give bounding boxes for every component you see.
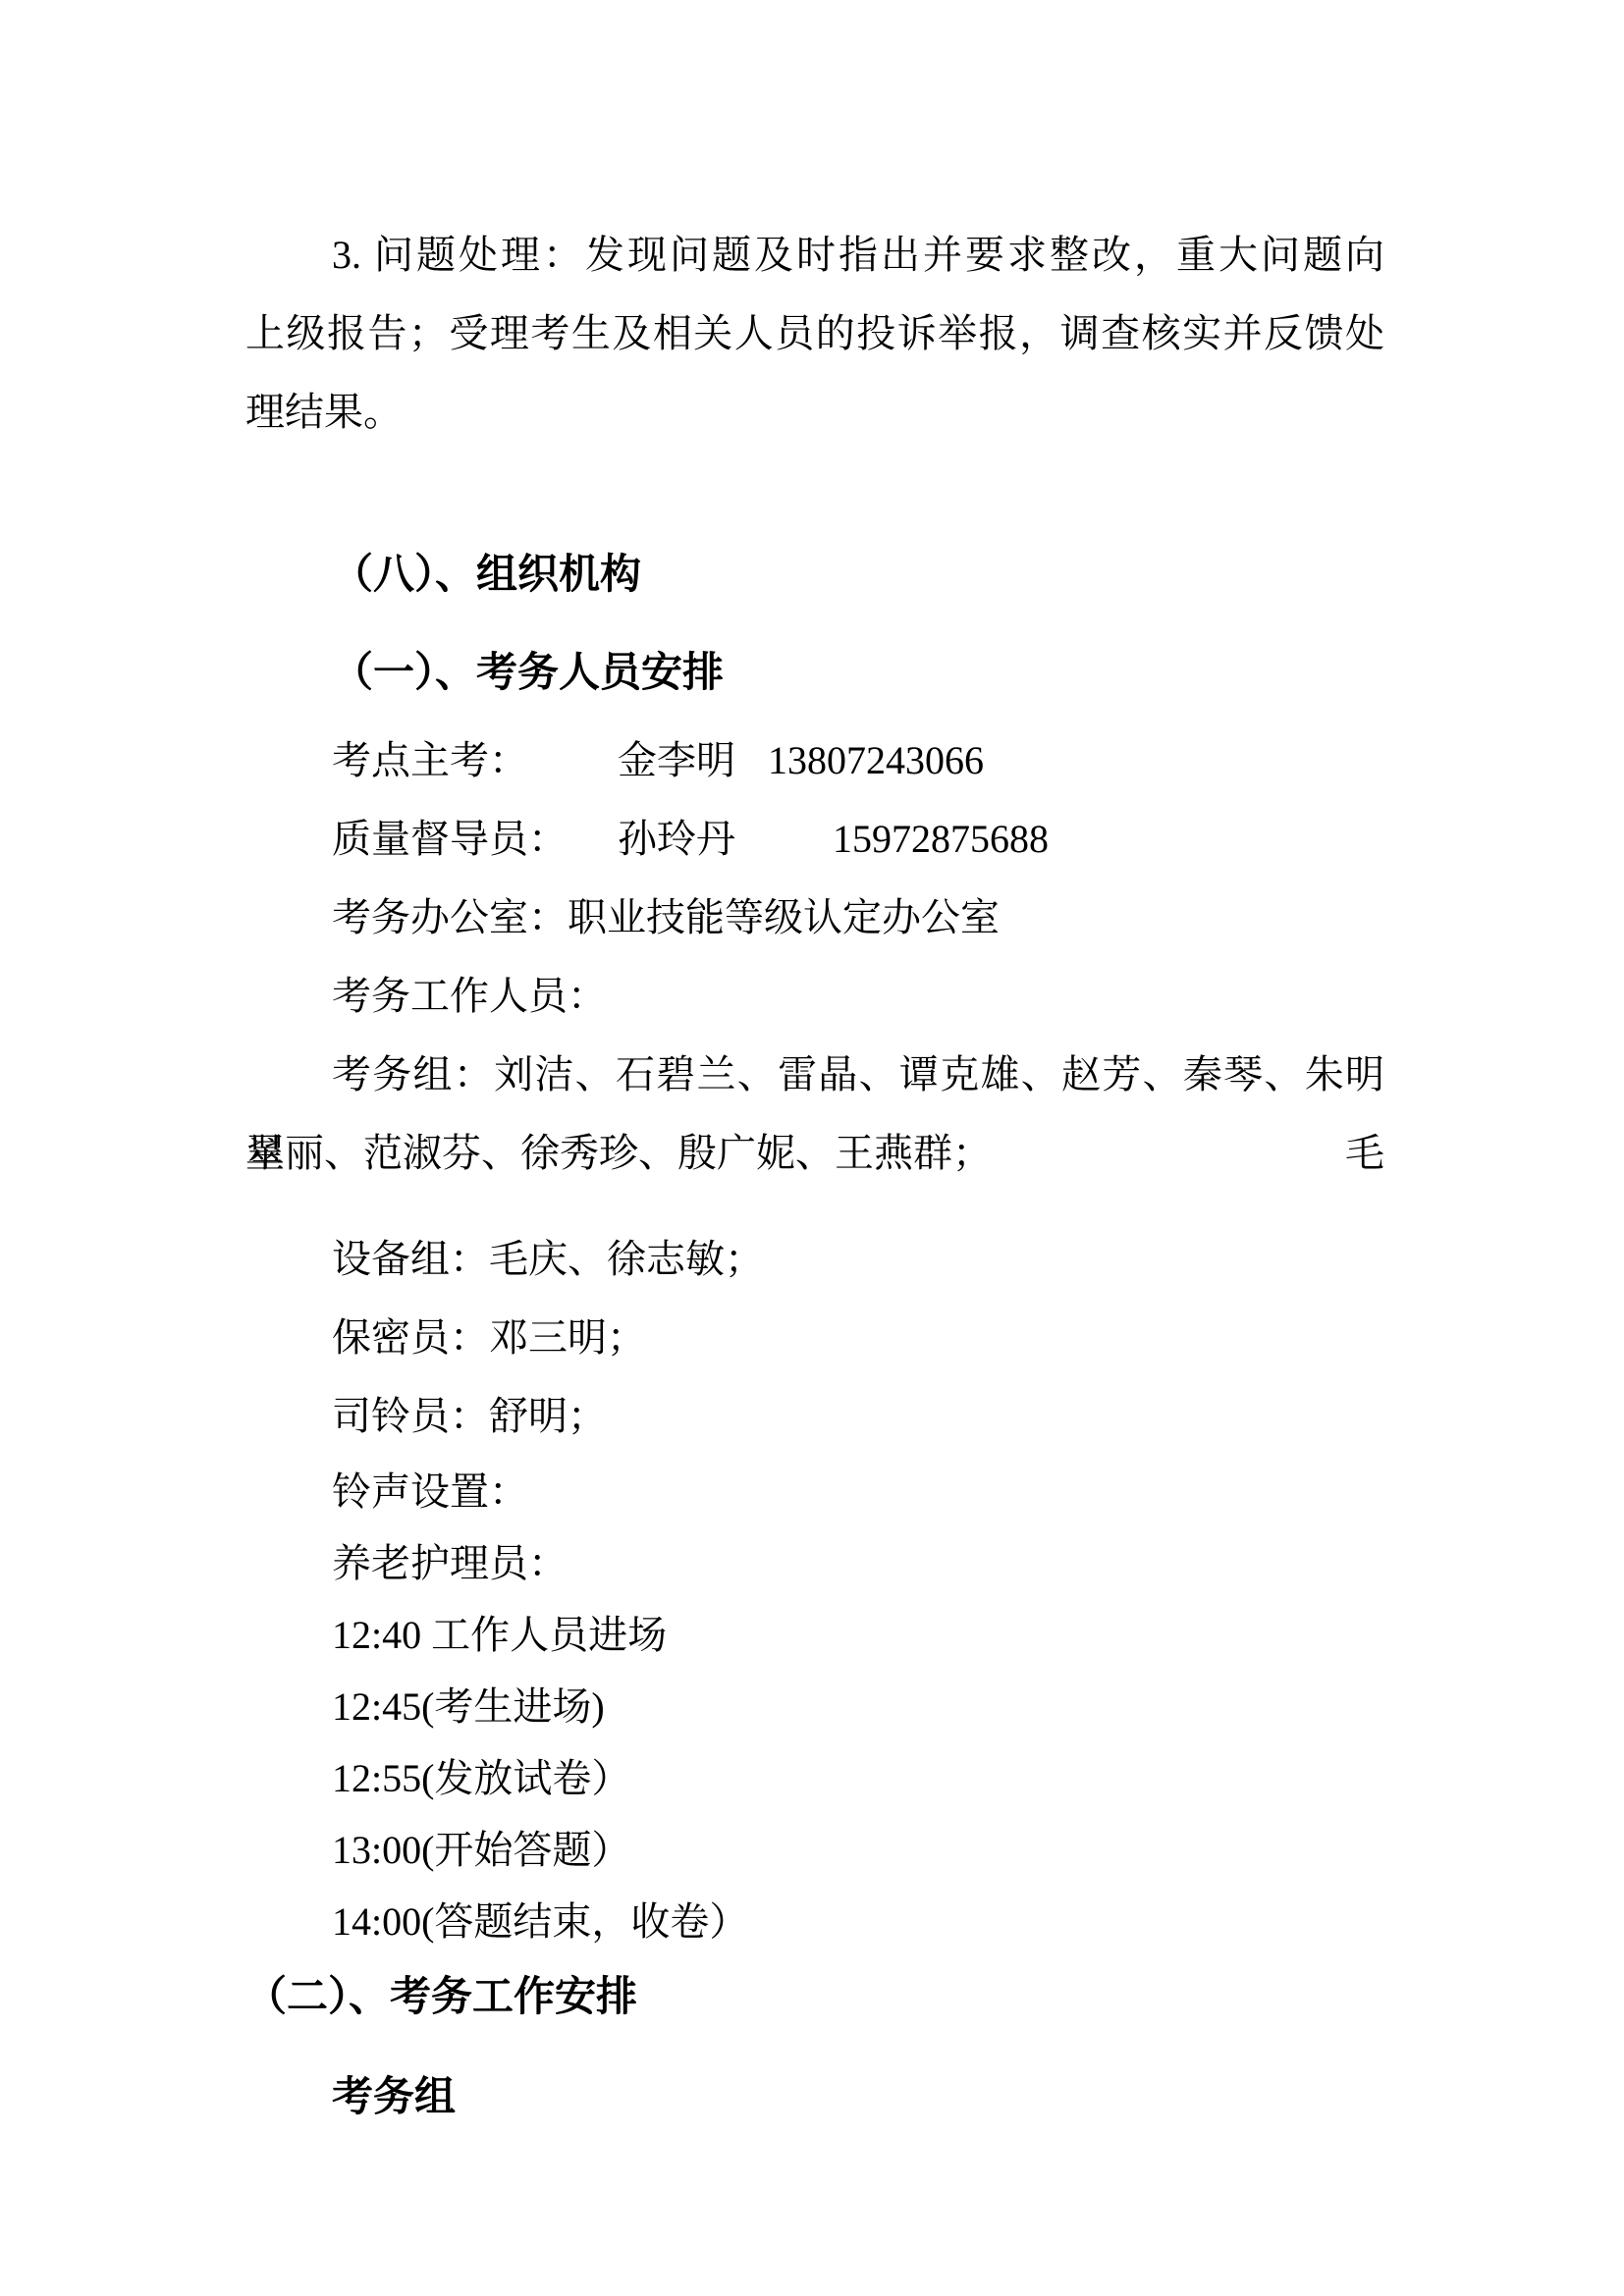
exam-group-members-line-1: 考务组：刘洁、石碧兰、雷晶、谭克雄、赵芳、秦琴、朱明星、毛 (245, 1036, 1384, 1114)
bell-operator-line: 司铃员：舒明； (245, 1377, 1384, 1456)
schedule-line-end-collect: 14:00(答题结束，收卷） (245, 1886, 1384, 1957)
paragraph-problem-handling-line-2: 上级报告；受理考生及相关人员的投诉举报，调查核实并反馈处 (245, 294, 1384, 373)
bell-settings-title: 铃声设置： (245, 1456, 1384, 1527)
security-officer-line: 保密员：邓三明； (245, 1299, 1384, 1377)
staff-label: 质量督导员： (332, 800, 618, 879)
staff-phone: 15972875688 (833, 800, 1049, 879)
document-page: 3. 问题处理：发现问题及时指出并要求整改，重大问题向 上级报告；受理考生及相关… (0, 0, 1624, 2296)
exam-office-line: 考务办公室：职业技能等级认定办公室 (245, 879, 1384, 957)
exam-staff-title-line: 考务工作人员： (245, 957, 1384, 1036)
heading-work-arrangement: （二）、考务工作安排 (245, 1957, 1384, 2036)
staff-row-quality-supervisor: 质量督导员： 孙玲丹 15972875688 (245, 800, 1384, 879)
schedule-line-staff-entry: 12:40 工作人员进场 (245, 1599, 1384, 1671)
staff-name: 金李明 (618, 721, 768, 800)
schedule-line-candidate-entry: 12:45(考生进场) (245, 1671, 1384, 1742)
staff-name: 孙玲丹 (618, 800, 833, 879)
staff-label: 考点主考： (332, 721, 618, 800)
staff-row-chief-examiner: 考点主考： 金李明 13807243066 (245, 721, 1384, 800)
heading-org-structure: （八）、组织机构 (245, 535, 1384, 614)
heading-staff-arrangement: （一）、考务人员安排 (245, 633, 1384, 712)
paragraph-problem-handling-line-1: 3. 问题处理：发现问题及时指出并要求整改，重大问题向 (245, 216, 1384, 294)
staff-phone: 13807243066 (768, 721, 984, 800)
bell-settings-role: 养老护理员： (245, 1527, 1384, 1599)
schedule-line-start-answering: 13:00(开始答题） (245, 1814, 1384, 1886)
schedule-line-paper-distribution: 12:55(发放试卷） (245, 1742, 1384, 1814)
paragraph-problem-handling-line-3: 理结果。 (245, 373, 1384, 452)
equipment-group-line: 设备组：毛庆、徐志敏； (245, 1220, 1384, 1299)
heading-exam-affairs-group: 考务组 (245, 2057, 1384, 2136)
